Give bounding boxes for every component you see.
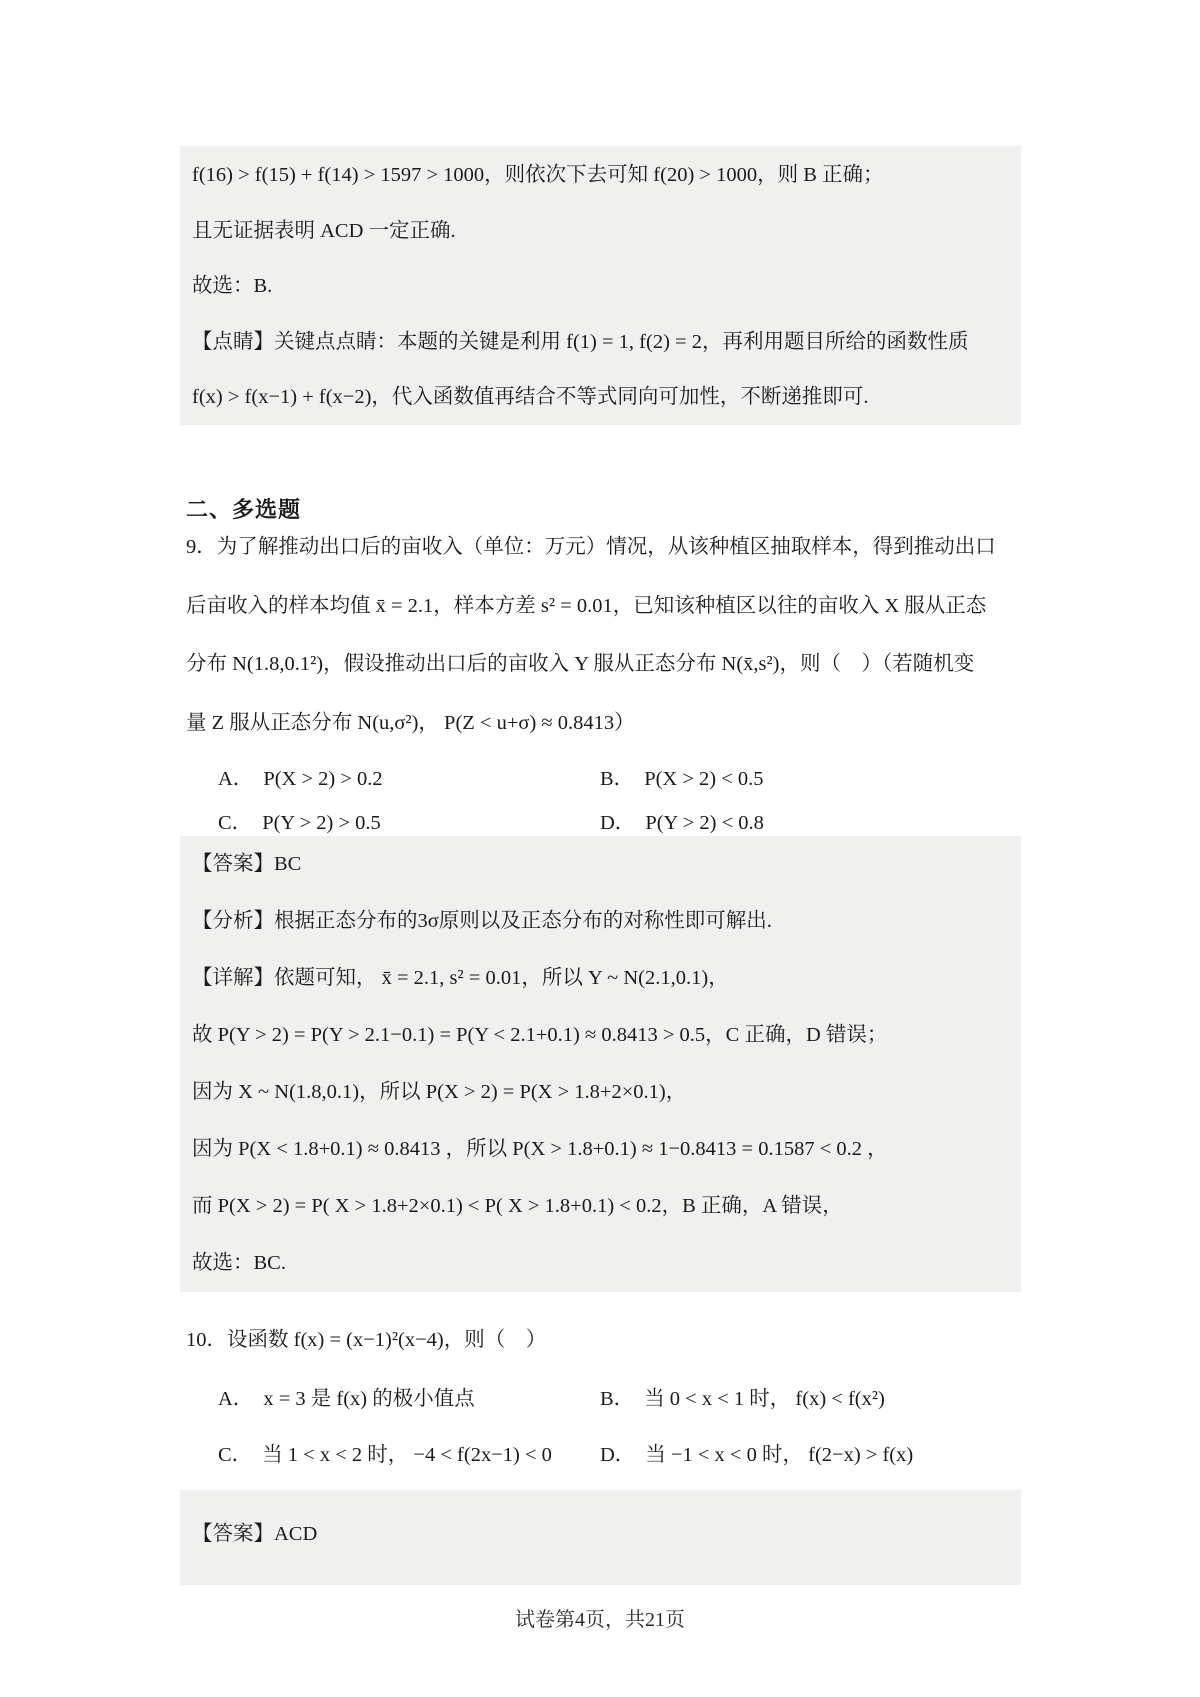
option-label: A． [218,1388,253,1410]
option-label: D． [600,1444,635,1466]
question8-solution-box: f(16) > f(15) + f(14) > 1597 > 1000，则依次下… [180,146,1021,425]
option-text: x = 3 是 f(x) 的极小值点 [263,1388,474,1410]
solution-line: 因为 P(X < 1.8+0.1) ≈ 0.8413 ，所以 P(X > 1.8… [180,1121,1021,1178]
question10-answer-box: 【答案】ACD [180,1490,1021,1585]
solution-line: 而 P(X > 2) = P( X > 1.8+2×0.1) < P( X > … [180,1178,1021,1235]
question9-solution-box: 【答案】BC 【分析】根据正态分布的3σ原则以及正态分布的对称性即可解出. 【详… [180,836,1021,1292]
option-label: D． [600,812,635,834]
option-label: B． [600,1388,634,1410]
stem-line: 后亩收入的样本均值 x̄ = 2.1，样本方差 s² = 0.01，已知该种植区… [186,577,996,636]
question10-option-b: B．当 0 < x < 1 时， f(x) < f(x²) [600,1386,885,1413]
option-text: P(Y > 2) < 0.8 [645,812,764,834]
solution-line: f(x) > f(x−1) + f(x−2)，代入函数值再结合不等式同向可加性，… [180,370,1021,426]
option-text: 当 −1 < x < 0 时， f(2−x) > f(x) [645,1444,913,1466]
solution-line: 故 P(Y > 2) = P(Y > 2.1−0.1) = P(Y < 2.1+… [180,1007,1021,1064]
solution-line: 因为 X ~ N(1.8,0.1)，所以 P(X > 2) = P(X > 1.… [180,1064,1021,1121]
solution-line: 【详解】依题可知， x̄ = 2.1, s² = 0.01，所以 Y ~ N(2… [180,950,1021,1007]
analysis-line: 【分析】根据正态分布的3σ原则以及正态分布的对称性即可解出. [180,893,1021,950]
stem-line: 9．为了解推动出口后的亩收入（单位：万元）情况，从该种植区抽取样本，得到推动出口 [186,518,996,577]
solution-line: 故选：BC. [180,1235,1021,1292]
solution-line: 【点睛】关键点点睛：本题的关键是利用 f(1) = 1, f(2) = 2，再利… [180,315,1021,371]
option-label: B． [600,768,634,790]
question10-option-c: C．当 1 < x < 2 时， −4 < f(2x−1) < 0 [218,1442,552,1469]
question10-option-d: D．当 −1 < x < 0 时， f(2−x) > f(x) [600,1442,913,1469]
question9-option-a: A．P(X > 2) > 0.2 [218,766,383,793]
option-text: 当 1 < x < 2 时， −4 < f(2x−1) < 0 [262,1444,552,1466]
page-footer: 试卷第4页，共21页 [0,1606,1200,1634]
question9-stem: 9．为了解推动出口后的亩收入（单位：万元）情况，从该种植区抽取样本，得到推动出口… [186,518,996,752]
stem-line: 量 Z 服从正态分布 N(u,σ²)， P(Z < u+σ) ≈ 0.8413） [186,694,996,753]
stem-line: 分布 N(1.8,0.1²)，假设推动出口后的亩收入 Y 服从正态分布 N(x̄… [186,635,996,694]
question10-stem: 10．设函数 f(x) = (x−1)²(x−4)，则（ ） [186,1318,546,1362]
question10-option-a: A．x = 3 是 f(x) 的极小值点 [218,1386,475,1413]
exam-page: { "colors": { "page_bg": "#ffffff", "box… [0,0,1200,1697]
option-text: P(X > 2) < 0.5 [644,768,763,790]
question9-option-c: C．P(Y > 2) > 0.5 [218,810,381,837]
solution-line: f(16) > f(15) + f(14) > 1597 > 1000，则依次下… [180,148,1021,204]
answer-line: 【答案】BC [180,836,1021,893]
option-text: P(Y > 2) > 0.5 [262,812,381,834]
question9-option-d: D．P(Y > 2) < 0.8 [600,810,764,837]
option-text: P(X > 2) > 0.2 [263,768,382,790]
solution-line: 且无证据表明 ACD 一定正确. [180,204,1021,260]
solution-line: 故选：B. [180,259,1021,315]
option-text: 当 0 < x < 1 时， f(x) < f(x²) [644,1388,885,1410]
option-label: A． [218,768,253,790]
question9-option-b: B．P(X > 2) < 0.5 [600,766,764,793]
option-label: C． [218,1444,252,1466]
answer-line: 【答案】ACD [180,1518,1021,1550]
option-label: C． [218,812,252,834]
